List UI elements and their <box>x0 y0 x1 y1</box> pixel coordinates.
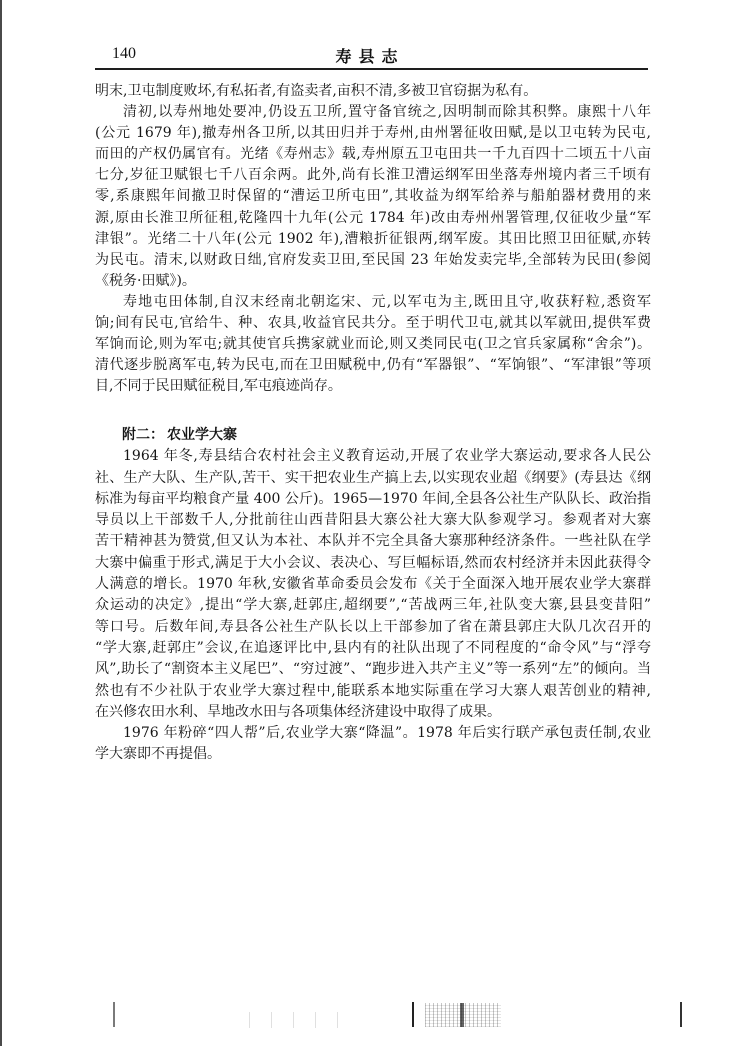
text-line: 在兴修农田水利、旱地改水田与各项集体经济建设中取得了成果。 <box>95 702 651 723</box>
paragraph: 1964 年冬,寿县结合农村社会主义教育运动,开展了农业学大寨运动,要求各人民公… <box>95 446 651 723</box>
text-line: 大寨中偏重于形式,满足于大小会议、表决心、写巨幅标语,然而农村经济并未因此获得令 <box>95 553 651 574</box>
paragraph: 寿地屯田体制,自汉末经南北朝迄宋、元,以军屯为主,既田且守,收获籽粒,悉资军 饷… <box>95 292 651 397</box>
text-line: 军饷而论,则为军屯;就其使官兵携家就业而论,则又类同民屯(卫之官兵家属称“舍余”… <box>95 334 651 355</box>
text-line: 《税务·田赋》)。 <box>95 271 651 292</box>
text-line: 饷;间有民屯,官给牛、种、农具,收益官民共分。至于明代卫屯,就其以军就田,提供军… <box>95 313 651 334</box>
text-line: 津银”。光绪二十八年(公元 1902 年),漕粮折征银两,纲军废。其田比照卫田征… <box>95 229 651 250</box>
running-title: 寿县志 <box>300 44 440 67</box>
text-line: 等口号。后数年间,寿县各公社生产队长以上干部参加了省在萧县郭庄大队几次召开的 <box>95 617 651 638</box>
page-number: 140 <box>112 45 136 63</box>
header-rule <box>95 68 648 70</box>
scan-artifact-mark <box>680 1002 682 1027</box>
appendix-heading: 附二：农业学大寨 <box>95 425 651 446</box>
scan-artifact-mark <box>113 1002 115 1027</box>
scan-artifact-specks <box>240 1012 340 1028</box>
appendix-title: 农业学大寨 <box>167 427 237 443</box>
text-line: 清初,以寿州地处要冲,仍设五卫所,置守备官统之,因明制而除其积弊。康熙十八年 <box>95 102 651 123</box>
text-line: 源,原由长淮卫所征租,乾隆四十九年(公元 1784 年)改由寿州州署管理,仅征收… <box>95 208 651 229</box>
text-line: 标准为每亩平均粮食产量 400 公斤)。1965—1970 年间,全县各公社生产… <box>95 489 651 510</box>
scan-edge-line <box>0 0 2 1046</box>
text-line: 人满意的增长。1970 年秋,安徽省革命委员会发布《关于全面深入地开展农业学大寨… <box>95 574 651 595</box>
text-line: 1976 年粉碎“四人帮”后,农业学大寨“降温”。1978 年后实行联产承包责任… <box>95 723 651 744</box>
appendix-section: 附二：农业学大寨 1964 年冬,寿县结合农村社会主义教育运动,开展了农业学大寨… <box>95 425 651 766</box>
text-line: 风”,助长了“割资本主义尾巴”、“穷过渡”、“跑步进入共产主义”等一系列“左”的… <box>95 659 651 680</box>
paragraph: 明末,卫屯制度败坏,有私拓者,有盗卖者,亩积不清,多被卫官窃据为私有。 <box>95 81 651 102</box>
scan-artifact-mark <box>412 1002 414 1027</box>
text-line: 清代逐步脱离军屯,转为民屯,而在卫田赋税中,仍有“军器银”、“军饷银”、“军津银… <box>95 355 651 376</box>
paragraph: 清初,以寿州地处要冲,仍设五卫所,置守备官统之,因明制而除其积弊。康熙十八年 (… <box>95 102 651 292</box>
text-line: 明末,卫屯制度败坏,有私拓者,有盗卖者,亩积不清,多被卫官窃据为私有。 <box>95 81 651 102</box>
text-line: 众运动的决定》,提出“学大寨,赶郭庄,超纲要”,“苦战两三年,社队变大寨,县县变… <box>95 595 651 616</box>
text-line: 为民屯。清末,以财政日绌,官府发卖卫田,至民国 23 年始发卖完毕,全部转为民田… <box>95 250 651 271</box>
text-line: 零,系康熙年间撤卫时保留的“漕运卫所屯田”,其收益为纲军给养与船舶器材费用的来 <box>95 186 651 207</box>
text-line: “学大寨,赶郭庄”会议,在追逐评比中,县内有的社队出现了不同程度的“命令风”与“… <box>95 638 651 659</box>
text-line: 寿地屯田体制,自汉末经南北朝迄宋、元,以军屯为主,既田且守,收获籽粒,悉资军 <box>95 292 651 313</box>
text-line: 然也有不少社队于农业学大寨过程中,能联系本地实际重在学习大寨人艰苦创业的精神, <box>95 681 651 702</box>
text-line: 社、生产大队、生产队,苦干、实干把农业生产搞上去,以实现农业超《纲要》(寿县达《… <box>95 468 651 489</box>
paragraph: 1976 年粉碎“四人帮”后,农业学大寨“降温”。1978 年后实行联产承包责任… <box>95 723 651 766</box>
text-line: 学大寨即不再提倡。 <box>95 744 651 765</box>
text-line: (公元 1679 年),撤寿州各卫所,以其田归并于寿州,由州署征收田赋,是以卫屯… <box>95 123 651 144</box>
appendix-label: 附二： <box>122 425 167 446</box>
text-line: 目,不同于民田赋征税目,军屯痕迹尚存。 <box>95 376 651 397</box>
text-line: 而田的产权仍属官有。光绪《寿州志》载,寿州原五卫屯田共一千九百四十二顷五十八亩 <box>95 144 651 165</box>
scan-artifact-mark <box>460 1003 464 1027</box>
text-line: 七分,岁征卫赋银七千八百余两。此外,尚有长淮卫漕运纲军田坐落寿州境内者三千顷有 <box>95 165 651 186</box>
text-line: 1964 年冬,寿县结合农村社会主义教育运动,开展了农业学大寨运动,要求各人民公 <box>95 446 651 467</box>
main-text: 明末,卫屯制度败坏,有私拓者,有盗卖者,亩积不清,多被卫官窃据为私有。 清初,以… <box>95 81 651 397</box>
text-line: 苦干精神甚为赞赏,但又认为本社、本队并不完全具备大寨那种经济条件。一些社队在学 <box>95 531 651 552</box>
text-line: 导员以上干部数千人,分批前往山西昔阳县大寨公社大寨大队参观学习。参观者对大寨 <box>95 510 651 531</box>
